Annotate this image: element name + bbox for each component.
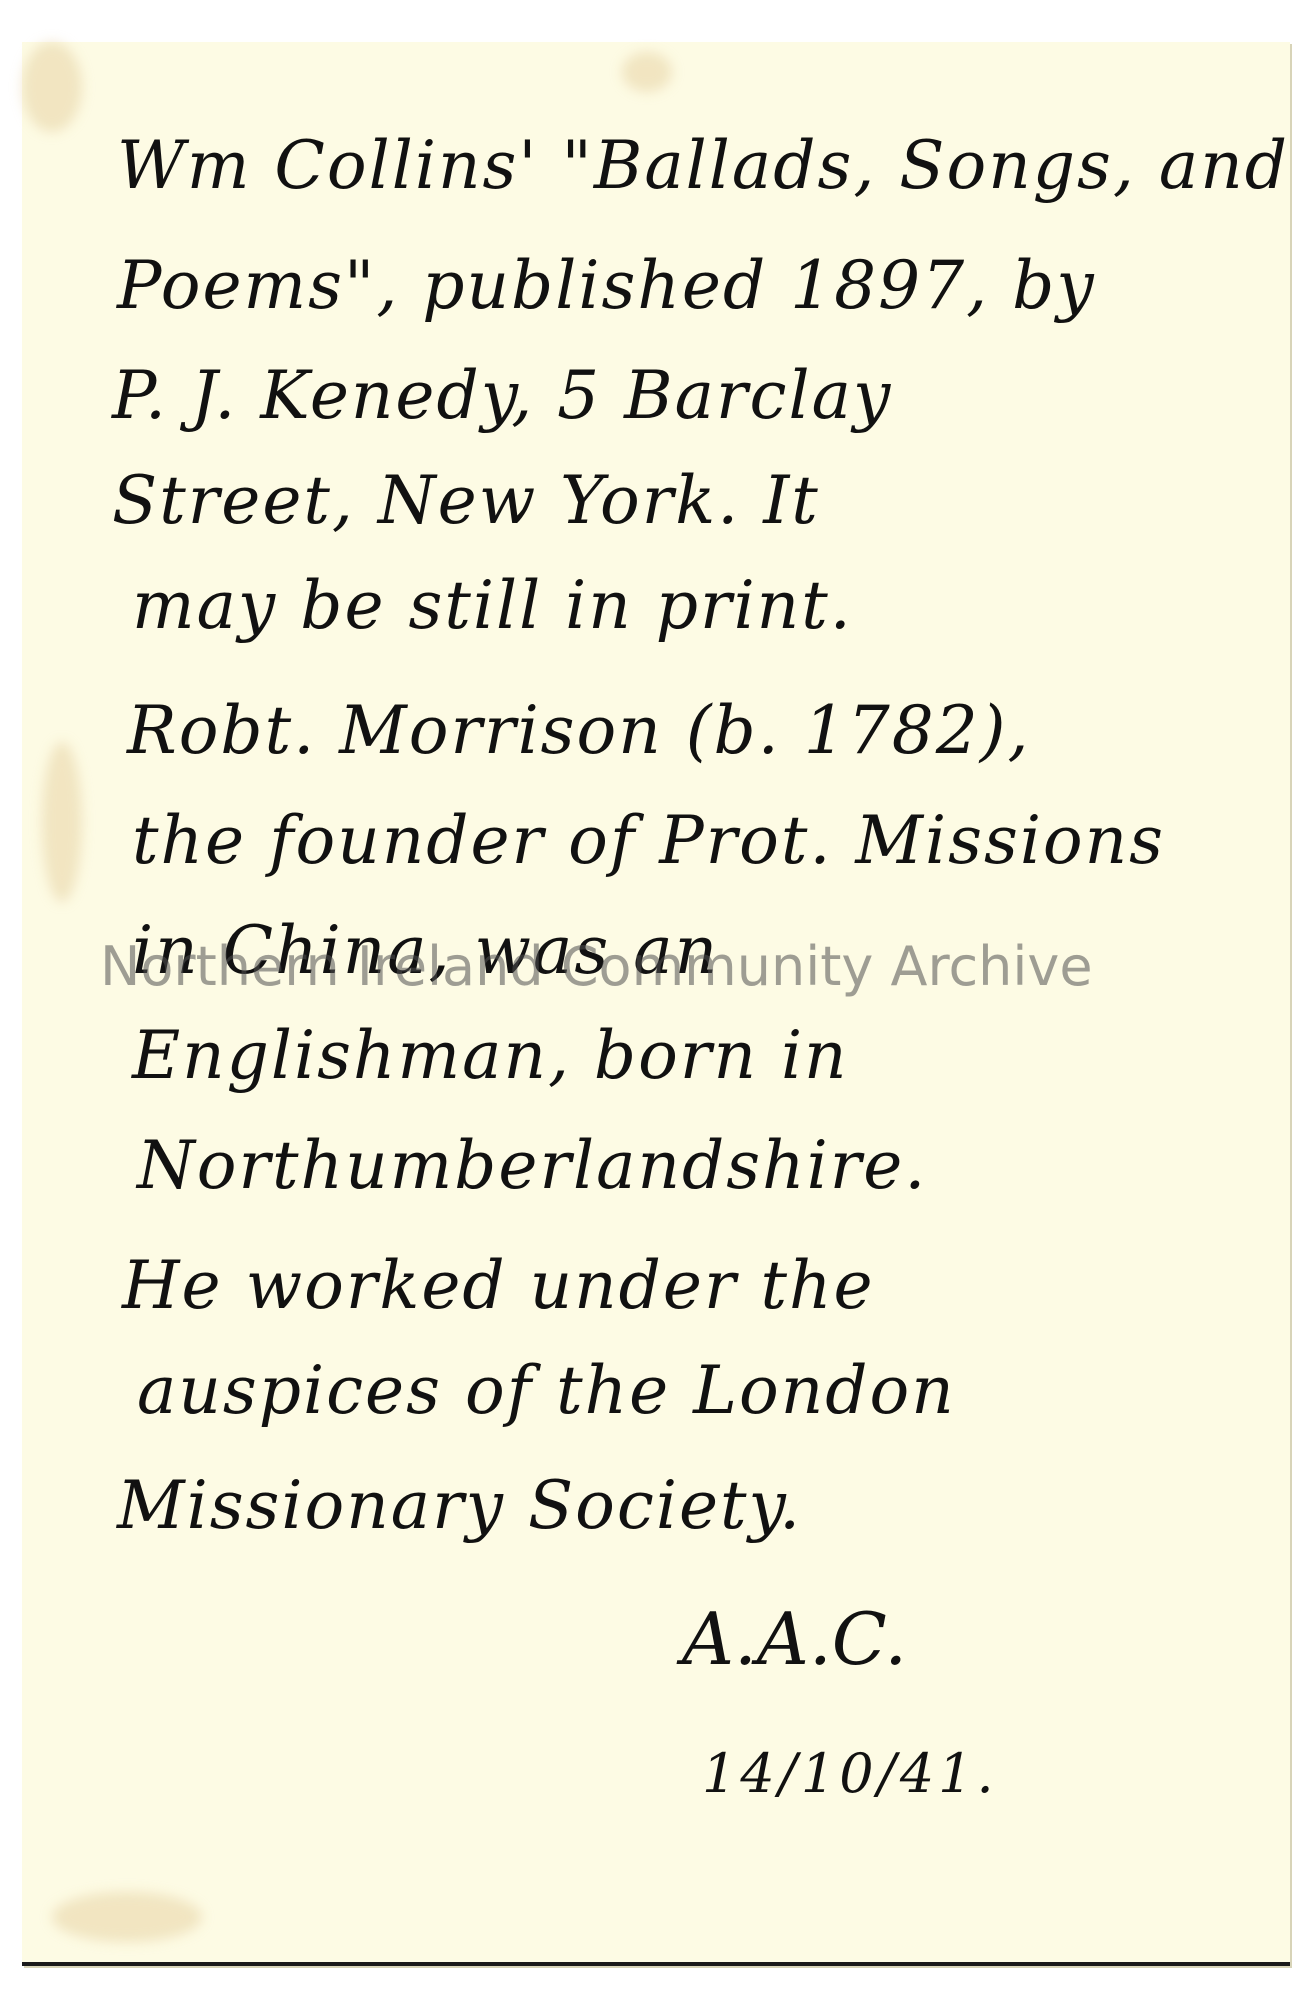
text-line-11: He worked under the [122, 1247, 875, 1324]
date: 14/10/41. [702, 1742, 998, 1805]
text-line-7: the founder of Prot. Missions [132, 802, 1165, 879]
text-line-4: Street, New York. It [112, 462, 820, 539]
note-card: Wm Collins' "Ballads, Songs, and Poems",… [22, 42, 1290, 1966]
paper-stain [22, 42, 82, 132]
text-line-6: Robt. Morrison (b. 1782), [127, 692, 1030, 769]
text-line-9: Englishman, born in [132, 1017, 849, 1094]
watermark: Northern Ireland Community Archive [100, 935, 1093, 998]
paper-stain [42, 742, 82, 902]
signature: A.A.C. [682, 1597, 907, 1681]
text-line-1: Wm Collins' "Ballads, Songs, and [117, 127, 1289, 204]
text-line-2: Poems", published 1897, by [117, 247, 1096, 324]
text-line-10: Northumberlandshire. [137, 1127, 927, 1204]
text-line-3: P. J. Kenedy, 5 Barclay [112, 357, 892, 434]
paper-stain [52, 1892, 202, 1942]
text-line-5: may be still in print. [132, 567, 853, 644]
text-line-3-content: P. J. Kenedy, 5 Barclay [112, 357, 892, 434]
paper-stain [622, 52, 672, 92]
text-line-13: Missionary Society. [117, 1467, 802, 1544]
text-line-12: auspices of the London [137, 1352, 956, 1429]
